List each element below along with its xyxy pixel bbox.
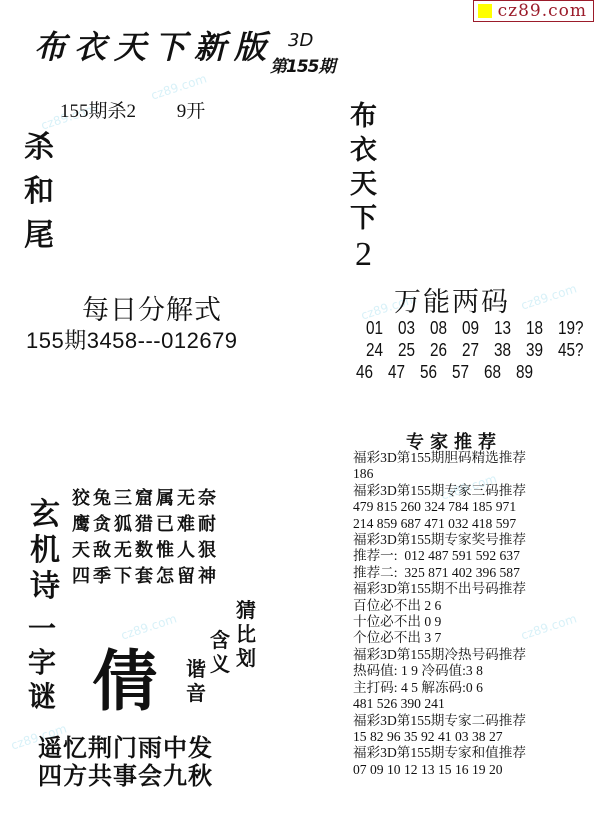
kill-number: 155期杀2 bbox=[60, 101, 136, 122]
expert-line: 福彩3D第155期专家二码推荐 bbox=[353, 713, 526, 729]
expert-line: 推荐一: 012 487 591 592 637 bbox=[353, 548, 526, 564]
wanneng-row: 464756576889 bbox=[356, 362, 548, 383]
buyi-number: 2 bbox=[355, 238, 372, 272]
page-title: 布衣天下新版 bbox=[34, 22, 274, 68]
expert-line: 热码值: 1 9 冷码值:3 8 bbox=[353, 663, 526, 679]
logo-square-icon bbox=[478, 4, 492, 18]
watermark: cz89.com bbox=[519, 281, 578, 312]
expert-line: 福彩3D第155期不出号码推荐 bbox=[353, 581, 526, 597]
poem-line: 鹰贪狐猎已难耐 bbox=[72, 512, 219, 538]
buyi-tianxia-box: 布 衣 天 下 2 bbox=[350, 100, 377, 272]
expert-line: 主打码: 4 5 解冻码:0 6 bbox=[353, 680, 526, 696]
poem-label: 玄机诗 bbox=[30, 497, 60, 605]
kill-tail-label: 杀 和 尾 bbox=[24, 126, 54, 258]
expert-line: 479 815 260 324 784 185 971 bbox=[353, 499, 526, 515]
riddle-character: 倩 bbox=[92, 628, 158, 723]
issue-label: 第155期 bbox=[270, 52, 335, 77]
site-logo[interactable]: cz89.com bbox=[473, 0, 594, 22]
expert-line: 481 526 390 241 bbox=[353, 696, 526, 712]
riddle-hint: 猜比划 bbox=[236, 598, 256, 670]
expert-line: 福彩3D第155期专家三码推荐 bbox=[353, 483, 526, 499]
expert-list: 福彩3D第155期胆码精选推荐 186 福彩3D第155期专家三码推荐 479 … bbox=[353, 450, 526, 778]
daily-line: 155期3458---012679 bbox=[26, 324, 238, 355]
verse-line: 四方共事会九秋 bbox=[38, 763, 213, 791]
expert-line: 福彩3D第155期冷热号码推荐 bbox=[353, 647, 526, 663]
expert-line: 个位必不出 3 7 bbox=[353, 630, 526, 646]
expert-line: 百位必不出 2 6 bbox=[353, 598, 526, 614]
daily-title: 每日分解式 bbox=[82, 288, 222, 327]
kill-result: 9开 bbox=[177, 101, 206, 122]
title-3d-label: 3D bbox=[288, 30, 313, 51]
kill-line: 155期杀2 9开 bbox=[60, 96, 241, 123]
verse-line: 遥忆荆门雨中发 bbox=[38, 735, 213, 763]
expert-line: 推荐二: 325 871 402 396 587 bbox=[353, 565, 526, 581]
expert-line: 214 859 687 471 032 418 597 bbox=[353, 516, 526, 532]
riddle-label: 一字谜 bbox=[28, 612, 56, 714]
expert-line: 福彩3D第155期专家和值推荐 bbox=[353, 745, 526, 761]
expert-line: 186 bbox=[353, 466, 526, 482]
wanneng-row: 24252627383945? bbox=[366, 340, 590, 361]
watermark: cz89.com bbox=[519, 611, 578, 642]
riddle-hint: 含义 bbox=[210, 628, 230, 676]
poem-line: 天敌无数惟人狠 bbox=[72, 538, 219, 564]
final-verse: 遥忆荆门雨中发 四方共事会九秋 bbox=[38, 735, 213, 791]
poem-line: 四季下套怎留神 bbox=[72, 564, 219, 590]
expert-line: 福彩3D第155期专家奖号推荐 bbox=[353, 532, 526, 548]
logo-text: cz89.com bbox=[498, 1, 587, 21]
riddle-hint: 谐音 bbox=[186, 657, 206, 705]
expert-line: 15 82 96 35 92 41 03 38 27 bbox=[353, 729, 526, 745]
expert-line: 福彩3D第155期胆码精选推荐 bbox=[353, 450, 526, 466]
poem-lines: 狡兔三窟属无奈 鹰贪狐猎已难耐 天敌无数惟人狠 四季下套怎留神 bbox=[72, 486, 219, 590]
expert-line: 十位必不出 0 9 bbox=[353, 614, 526, 630]
expert-line: 07 09 10 12 13 15 16 19 20 bbox=[353, 762, 526, 778]
wanneng-title: 万能两码 bbox=[394, 280, 510, 319]
wanneng-row: 01030809131819? bbox=[366, 318, 590, 339]
poem-line: 狡兔三窟属无奈 bbox=[72, 486, 219, 512]
